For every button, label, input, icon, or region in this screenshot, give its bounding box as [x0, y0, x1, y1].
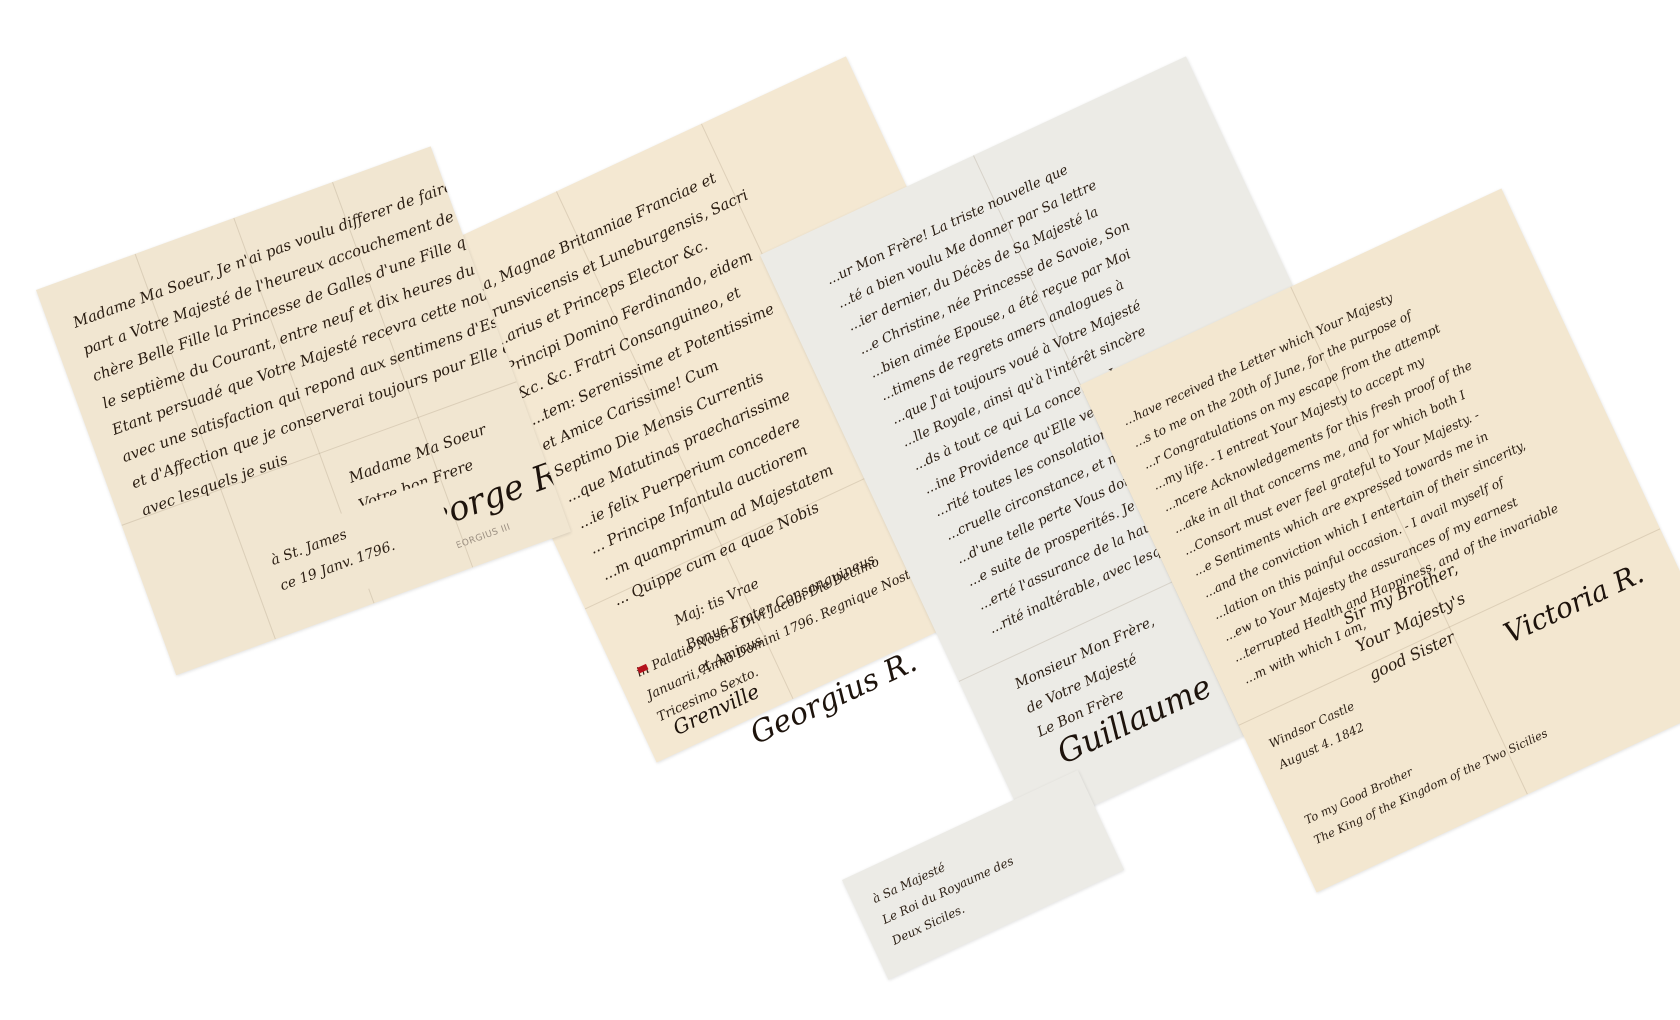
address-panel-william-iv: à Sa Majesté Le Roi du Royaume des Deux …	[842, 770, 1124, 980]
address: à Sa Majesté Le Roi du Royaume des Deux …	[869, 788, 1115, 951]
